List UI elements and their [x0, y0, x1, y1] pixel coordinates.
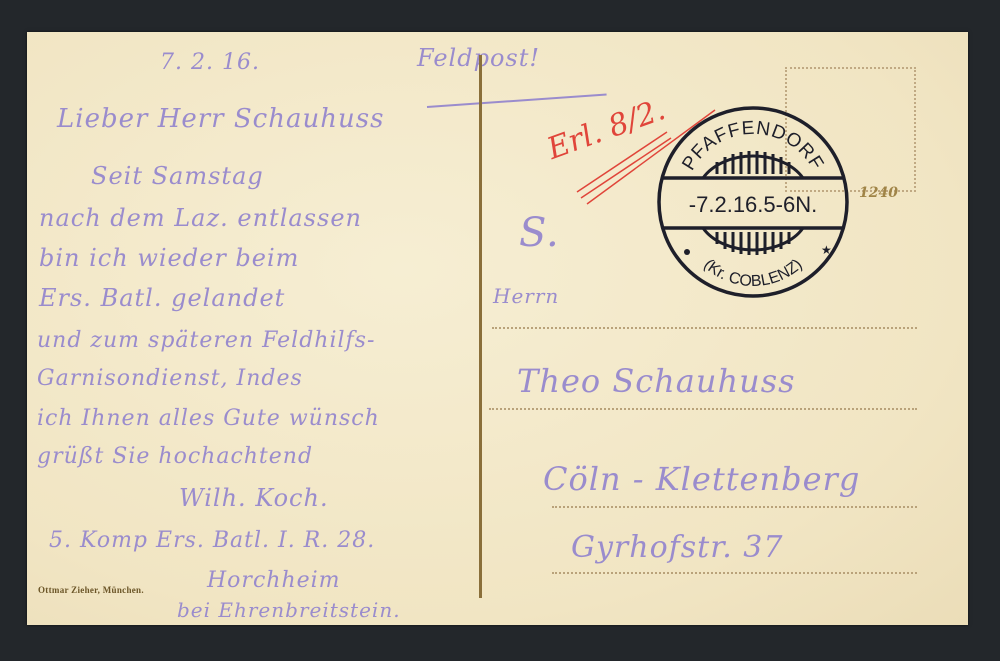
address-salutation-1: S. — [519, 210, 560, 256]
message-line-6: und zum späteren Feldhilfs- — [37, 328, 375, 353]
message-line-2: Seit Samstag — [91, 162, 264, 190]
address-line-2 — [489, 408, 917, 410]
recipient-street: Gyrhofstr. 37 — [571, 530, 783, 565]
message-line-3: nach dem Laz. entlassen — [39, 204, 362, 232]
svg-text:(Kr. COBLENZ): (Kr. COBLENZ) — [700, 256, 805, 290]
postmark-cancel: PFAFFENDORF -7.2.16.5-6N. (Kr. COBLENZ) … — [653, 102, 853, 302]
message-date: 7. 2. 16. — [160, 50, 260, 75]
message-line-7: Garnisondienst, Indes — [37, 366, 303, 391]
message-line-5: Ers. Batl. gelandet — [39, 284, 285, 312]
svg-text:PFAFFENDORF: PFAFFENDORF — [678, 118, 827, 174]
unit-line: 5. Komp Ers. Batl. I. R. 28. — [49, 528, 375, 553]
address-salutation-2: Herrn — [493, 284, 559, 308]
svg-text:-7.2.16.5-6N.: -7.2.16.5-6N. — [689, 192, 817, 217]
stamp-box-number: 1240 — [859, 185, 898, 201]
signature: Wilh. Koch. — [179, 484, 329, 512]
center-divider — [479, 55, 482, 598]
address-line-1 — [492, 327, 917, 329]
recipient-name: Theo Schauhuss — [517, 362, 796, 400]
publisher-imprint: Ottmar Zieher, München. — [38, 585, 144, 595]
message-line-4: bin ich wieder beim — [39, 244, 299, 272]
message-line-1: Lieber Herr Schauhuss — [57, 104, 384, 134]
location-line-1: Horchheim — [207, 568, 341, 593]
message-line-9: grüßt Sie hochachtend — [37, 444, 313, 469]
svg-text:★: ★ — [821, 243, 832, 257]
location-line-2: bei Ehrenbreitstein. — [177, 598, 401, 622]
address-line-4 — [552, 572, 917, 574]
address-line-3 — [552, 506, 917, 508]
postcard: 7. 2. 16. Lieber Herr Schauhuss Seit Sam… — [27, 32, 968, 625]
message-line-8: ich Ihnen alles Gute wünsch — [37, 406, 380, 431]
recipient-city: Cöln - Klettenberg — [543, 460, 860, 498]
